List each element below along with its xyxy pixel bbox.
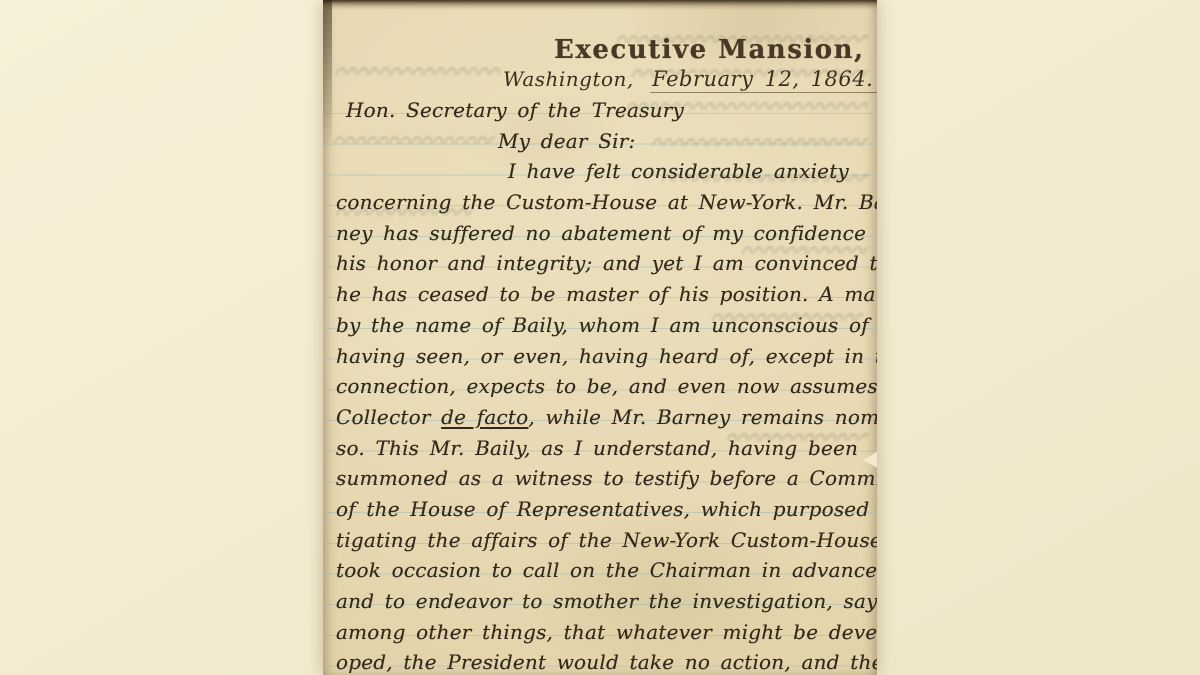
recipient-line: Hon. Secretary of the Treasury (336, 95, 872, 126)
letter-line: connection, expects to be, and even now … (336, 371, 872, 402)
collector-pre: Collector (336, 405, 441, 429)
letter-line: he has ceased to be master of his positi… (336, 279, 872, 310)
handwritten-date: February 12, 1864. (650, 67, 877, 93)
letter-line: oped, the President would take no action… (336, 647, 872, 675)
letter-line: of the House of Representatives, which p… (336, 494, 872, 525)
letter-line: and to endeavor to smother the investiga… (336, 586, 872, 617)
paper-edge-shadow (323, 0, 332, 150)
letter-body: Hon. Secretary of the Treasury My dear S… (336, 95, 872, 675)
letter-line: among other things, that whatever might … (336, 617, 872, 648)
letter-line: summoned as a witness to testify before … (336, 463, 872, 494)
letter-line: ney has suffered no abatement of my conf… (336, 218, 872, 249)
letter-line: concerning the Custom-House at New-York.… (336, 187, 872, 218)
letter-line: his honor and integrity; and yet I am co… (336, 248, 872, 279)
bleedthrough-mark (336, 62, 503, 75)
letter-line: took occasion to call on the Chairman in… (336, 555, 872, 586)
letter-line: by the name of Baily, whom I am unconsci… (336, 310, 872, 341)
letter-page: Executive Mansion, Washington, February … (323, 0, 877, 675)
letter-line: having seen, or even, having heard of, e… (336, 341, 872, 372)
letterhead-city: Washington, (503, 67, 634, 91)
salutation-line: My dear Sir: (336, 126, 872, 157)
opening-line: I have felt considerable anxiety (336, 156, 872, 187)
letter-line: tigating the affairs of the New-York Cus… (336, 525, 872, 556)
collector-underlined-phrase: de facto (441, 405, 528, 429)
letterhead-title: Executive Mansion, (554, 35, 865, 65)
dateline: Washington, February 12, 1864. (503, 67, 877, 91)
collector-post: , while Mr. Barney remains nominally (528, 405, 877, 429)
letter-line-collector: Collector de facto, while Mr. Barney rem… (336, 402, 872, 433)
letter-line: so. This Mr. Baily, as I understand, hav… (336, 433, 872, 464)
